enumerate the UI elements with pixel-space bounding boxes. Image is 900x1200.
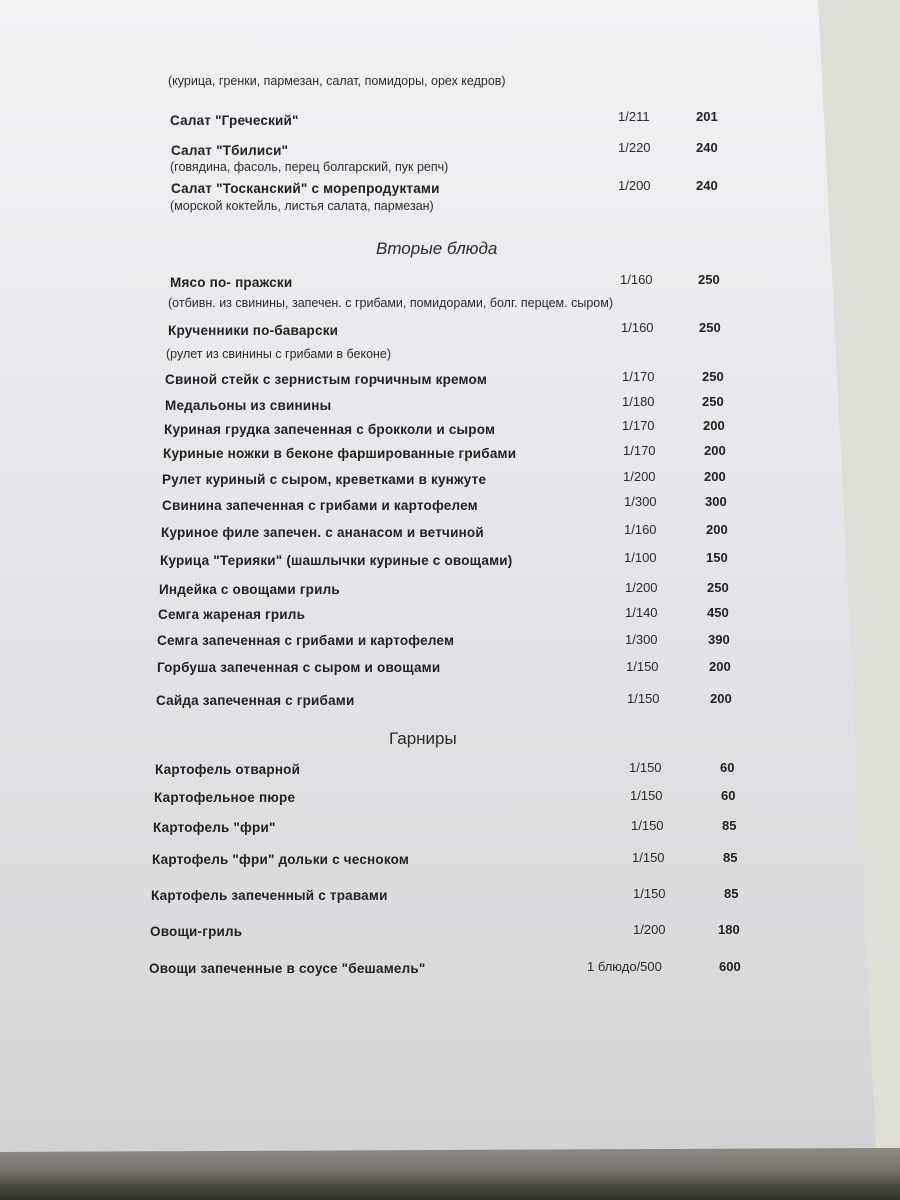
menu-item-price: 150 (706, 550, 728, 565)
menu-item-price: 250 (702, 369, 724, 384)
menu-item-name: Сайда запеченная с грибами (156, 693, 354, 708)
menu-item-name: Мясо по- пражски (170, 275, 292, 290)
menu-item-price: 600 (719, 959, 741, 974)
menu-item-name: Горбуша запеченная с сыром и овощами (157, 660, 440, 675)
menu-item-name: Куриная грудка запеченная с брокколи и с… (164, 422, 495, 437)
menu-item-price: 250 (707, 580, 729, 595)
menu-item-price: 250 (698, 272, 720, 287)
menu-item-portion: 1/200 (625, 580, 658, 595)
menu-item-portion: 1/200 (623, 469, 656, 484)
menu-item-price: 240 (696, 140, 718, 155)
menu-item-portion: 1/220 (618, 140, 651, 155)
menu-item-name: Свиной стейк с зернистым горчичным кремо… (165, 372, 487, 387)
menu-item-price: 200 (703, 418, 725, 433)
menu-item-price: 200 (704, 469, 726, 484)
menu-item-name: Курица "Терияки" (шашлычки куриные с ово… (160, 553, 513, 568)
section-title: Гарниры (389, 729, 457, 749)
menu-item-price: 85 (724, 886, 738, 901)
menu-item-portion: 1/150 (627, 691, 660, 706)
menu-item-portion: 1/150 (633, 886, 666, 901)
menu-item-description: (морской коктейль, листья салата, пармез… (170, 199, 434, 213)
menu-item-price: 300 (705, 494, 727, 509)
menu-item-price: 200 (706, 522, 728, 537)
menu-item-name: Рулет куриный с сыром, креветками в кунж… (162, 472, 486, 487)
menu-item-price: 200 (710, 691, 732, 706)
menu-item-price: 201 (696, 109, 718, 124)
menu-item-portion: 1/150 (626, 659, 659, 674)
menu-item-portion: 1/150 (629, 760, 662, 775)
menu-item-price: 85 (723, 850, 737, 865)
salad-description-top: (курица, гренки, пармезан, салат, помидо… (168, 74, 506, 88)
menu-item-price: 85 (722, 818, 736, 833)
menu-item-description: (говядина, фасоль, перец болгарский, пук… (170, 160, 448, 174)
menu-item-description: (рулет из свинины с грибами в беконе) (166, 347, 391, 361)
menu-item-portion: 1/160 (620, 272, 653, 287)
menu-item-price: 200 (709, 659, 731, 674)
menu-item-name: Картофель отварной (155, 762, 300, 777)
menu-item-portion: 1/150 (632, 850, 665, 865)
menu-item-name: Салат "Греческий" (170, 113, 299, 128)
menu-item-portion: 1 блюдо/500 (587, 959, 662, 974)
menu-item-price: 250 (699, 320, 721, 335)
menu-item-portion: 1/100 (624, 550, 657, 565)
menu-item-price: 450 (707, 605, 729, 620)
menu-item-portion: 1/200 (633, 922, 666, 937)
menu-item-portion: 1/160 (624, 522, 657, 537)
menu-item-name: Салат "Тосканский" с морепродуктами (171, 181, 440, 196)
menu-item-portion: 1/200 (618, 178, 651, 193)
menu-item-portion: 1/150 (631, 818, 664, 833)
section-title: Вторые блюда (376, 239, 497, 259)
menu-item-portion: 1/300 (625, 632, 658, 647)
menu-item-name: Куриные ножки в беконе фаршированные гри… (163, 446, 516, 461)
menu-item-name: Картофель "фри" (153, 820, 276, 835)
menu-item-price: 390 (708, 632, 730, 647)
menu-item-portion: 1/170 (622, 369, 655, 384)
menu-page: (курица, гренки, пармезан, салат, помидо… (0, 0, 900, 1200)
menu-item-portion: 1/150 (630, 788, 663, 803)
menu-item-price: 240 (696, 178, 718, 193)
menu-item-portion: 1/140 (625, 605, 658, 620)
menu-item-portion: 1/170 (623, 443, 656, 458)
menu-item-price: 180 (718, 922, 740, 937)
menu-item-description: (отбивн. из свинины, запечен. с грибами,… (168, 296, 613, 310)
menu-item-name: Картофель запеченный с травами (151, 888, 388, 903)
menu-item-name: Куриное филе запечен. с ананасом и ветчи… (161, 525, 484, 540)
menu-item-portion: 1/170 (622, 418, 655, 433)
menu-item-name: Медальоны из свинины (165, 398, 331, 413)
menu-item-name: Крученники по-баварски (168, 323, 338, 338)
menu-item-portion: 1/160 (621, 320, 654, 335)
menu-item-name: Картофельное пюре (154, 790, 295, 805)
menu-item-name: Овощи-гриль (150, 924, 242, 939)
menu-item-name: Свинина запеченная с грибами и картофеле… (162, 498, 478, 513)
menu-item-price: 60 (720, 760, 734, 775)
menu-item-portion: 1/211 (618, 109, 650, 124)
menu-item-price: 200 (704, 443, 726, 458)
menu-item-name: Салат "Тбилиси" (171, 143, 288, 158)
menu-item-name: Семга жареная гриль (158, 607, 305, 622)
menu-item-portion: 1/300 (624, 494, 657, 509)
menu-item-name: Семга запеченная с грибами и картофелем (157, 633, 454, 648)
menu-item-price: 60 (721, 788, 735, 803)
menu-item-name: Картофель "фри" дольки с чесноком (152, 852, 409, 867)
menu-item-portion: 1/180 (622, 394, 655, 409)
menu-item-name: Индейка с овощами гриль (159, 582, 340, 597)
menu-item-name: Овощи запеченные в соусе "бешамель" (149, 961, 425, 976)
menu-item-price: 250 (702, 394, 724, 409)
